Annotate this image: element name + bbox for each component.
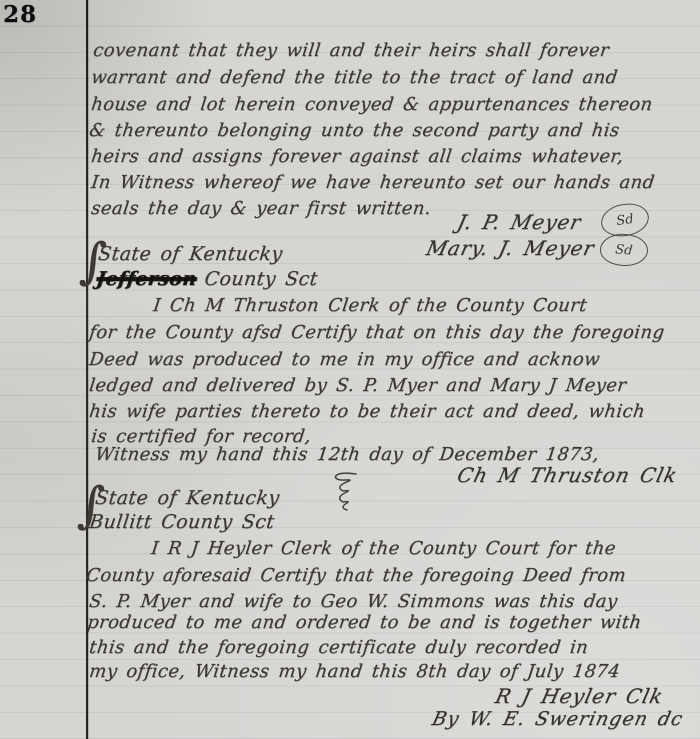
handwritten-line: S. P. Myer and wife to Geo W. Simmons wa… xyxy=(88,591,619,612)
handwritten-line: my office, Witness my hand this 8th day … xyxy=(88,661,621,682)
clerk-signature: Ch M Thruston Clk xyxy=(455,463,680,487)
handwritten-line: produced to me and ordered to be and is … xyxy=(86,612,643,633)
grantor-signature: J. P. Meyer xyxy=(455,210,584,234)
handwritten-line: house and lot herein conveyed & appurten… xyxy=(90,94,654,115)
handwritten-line: Witness my hand this 12th day of Decembe… xyxy=(94,444,600,465)
handwritten-line: covenant that they will and their heirs … xyxy=(92,40,610,61)
deputy-clerk-by-line: By W. E. Sweringen dc xyxy=(430,708,685,730)
handwritten-line: In Witness whereof we have hereunto set … xyxy=(90,172,656,193)
handwritten-line: County aforesaid Certify that the forego… xyxy=(85,565,627,586)
deed-book-page: 28 covenant that they will and their hei… xyxy=(0,0,700,739)
handwritten-line: warrant and defend the title to the trac… xyxy=(90,67,619,88)
state-heading: State of Kentucky xyxy=(97,243,284,265)
coil-flourish-icon xyxy=(322,468,364,520)
clerk-signature: R J Heyler Clk xyxy=(493,684,666,708)
county-heading: Bullitt County Sct xyxy=(88,511,276,533)
handwritten-line: his wife parties thereto to be their act… xyxy=(88,401,646,422)
handwritten-line: Deed was produced to me in my office and… xyxy=(88,349,601,370)
handwritten-line: heirs and assigns forever against all cl… xyxy=(90,146,625,167)
handwritten-line: for the County afsd Certify that on this… xyxy=(88,322,666,343)
struck-county-name: Jefferson xyxy=(95,268,198,290)
county-heading-rest: County Sct xyxy=(203,268,319,290)
handwritten-line: ledged and delivered by S. P. Myer and M… xyxy=(88,375,628,396)
grantor-signature: Mary. J. Meyer xyxy=(424,236,597,260)
county-heading: JeffersonCounty Sct xyxy=(95,268,319,290)
handwritten-line: & thereunto belonging unto the second pa… xyxy=(88,120,621,141)
handwritten-line: I R J Heyler Clerk of the County Court f… xyxy=(150,538,617,559)
handwritten-line: I Ch M Thruston Clerk of the County Cour… xyxy=(152,295,588,316)
handwritten-line: seals the day & year first written. xyxy=(90,198,432,219)
seal-label: Sd xyxy=(616,212,635,229)
handwritten-line: this and the foregoing certificate duly … xyxy=(88,637,589,658)
page-number: 28 xyxy=(3,1,37,28)
seal-mark: Sd xyxy=(599,232,650,268)
seal-label: Sd xyxy=(615,242,633,258)
state-heading: State of Kentucky xyxy=(94,487,281,509)
